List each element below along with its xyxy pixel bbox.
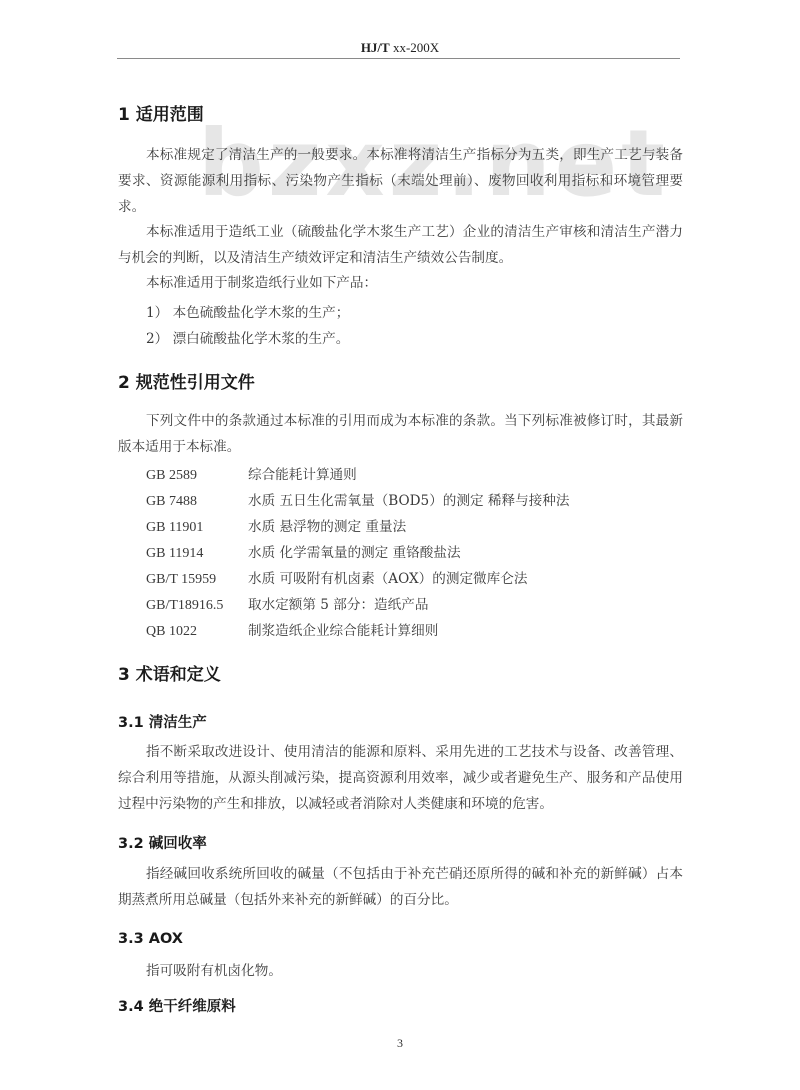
product-list-item-2: 2） 漂白硫酸盐化学木浆的生产。 xyxy=(146,327,349,347)
reference-title: 水质 悬浮物的测定 重量法 xyxy=(248,519,406,535)
reference-row: GB 7488水质 五日生化需氧量（BOD5）的测定 稀释与接种法 xyxy=(146,489,569,510)
document-page: HJ/T xx-200X bzxz.net 1 适用范围 本标准规定了清洁生产的… xyxy=(0,0,800,1090)
section-2-heading: 2 规范性引用文件 xyxy=(118,368,255,393)
section-1-heading: 1 适用范围 xyxy=(118,100,204,125)
reference-code: GB 7488 xyxy=(146,494,248,510)
reference-row: QB 1022制浆造纸企业综合能耗计算细则 xyxy=(146,619,438,640)
section-3-1-heading: 3.1 清洁生产 xyxy=(118,711,207,732)
running-header: HJ/T xx-200X xyxy=(0,40,800,56)
section-1-paragraph-1: 本标准规定了清洁生产的一般要求。本标准将清洁生产指标分为五类，即生产工艺与装备要… xyxy=(118,142,683,220)
reference-code: QB 1022 xyxy=(146,624,248,640)
standard-code-suffix: xx-200X xyxy=(390,40,439,55)
header-divider xyxy=(117,58,680,59)
section-3-1-paragraph: 指不断采取改进设计、使用清洁的能源和原料、采用先进的工艺技术与设备、改善管理、综… xyxy=(118,739,683,817)
reference-code: GB 11914 xyxy=(146,546,248,562)
standard-code-prefix: HJ/T xyxy=(361,40,390,55)
reference-title: 水质 化学需氧量的测定 重铬酸盐法 xyxy=(248,545,461,561)
reference-code: GB/T 15959 xyxy=(146,572,248,588)
section-1-paragraph-3: 本标准适用于制浆造纸行业如下产品： xyxy=(118,270,683,296)
reference-title: 制浆造纸企业综合能耗计算细则 xyxy=(248,623,438,639)
section-3-2-paragraph: 指经碱回收系统所回收的碱量（不包括由于补充芒硝还原所得的碱和补充的新鲜碱）占本期… xyxy=(118,861,683,913)
reference-row: GB/T18916.5取水定额第 5 部分：造纸产品 xyxy=(146,593,428,614)
section-1-paragraph-2: 本标准适用于造纸工业（硫酸盐化学木浆生产工艺）企业的清洁生产审核和清洁生产潜力与… xyxy=(118,219,683,271)
section-2-paragraph: 下列文件中的条款通过本标准的引用而成为本标准的条款。当下列标准被修订时，其最新版… xyxy=(118,408,683,460)
section-3-3-heading: 3.3 AOX xyxy=(118,931,183,947)
reference-row: GB 2589综合能耗计算通则 xyxy=(146,463,357,484)
reference-title: 水质 五日生化需氧量（BOD5）的测定 稀释与接种法 xyxy=(248,493,569,509)
reference-title: 水质 可吸附有机卤素（AOX）的测定微库仑法 xyxy=(248,571,527,587)
reference-row: GB 11914水质 化学需氧量的测定 重铬酸盐法 xyxy=(146,541,461,562)
reference-title: 取水定额第 5 部分：造纸产品 xyxy=(248,597,428,613)
reference-code: GB/T18916.5 xyxy=(146,598,248,614)
section-3-3-paragraph: 指可吸附有机卤化物。 xyxy=(118,958,683,984)
page-number: 3 xyxy=(0,1036,800,1051)
reference-title: 综合能耗计算通则 xyxy=(248,467,357,483)
reference-row: GB 11901水质 悬浮物的测定 重量法 xyxy=(146,515,406,536)
section-3-2-heading: 3.2 碱回收率 xyxy=(118,832,207,853)
product-list-item-1: 1） 本色硫酸盐化学木浆的生产； xyxy=(146,301,349,321)
reference-code: GB 11901 xyxy=(146,520,248,536)
reference-row: GB/T 15959水质 可吸附有机卤素（AOX）的测定微库仑法 xyxy=(146,567,527,588)
reference-code: GB 2589 xyxy=(146,468,248,484)
section-3-heading: 3 术语和定义 xyxy=(118,660,221,685)
section-3-4-heading: 3.4 绝干纤维原料 xyxy=(118,995,236,1016)
